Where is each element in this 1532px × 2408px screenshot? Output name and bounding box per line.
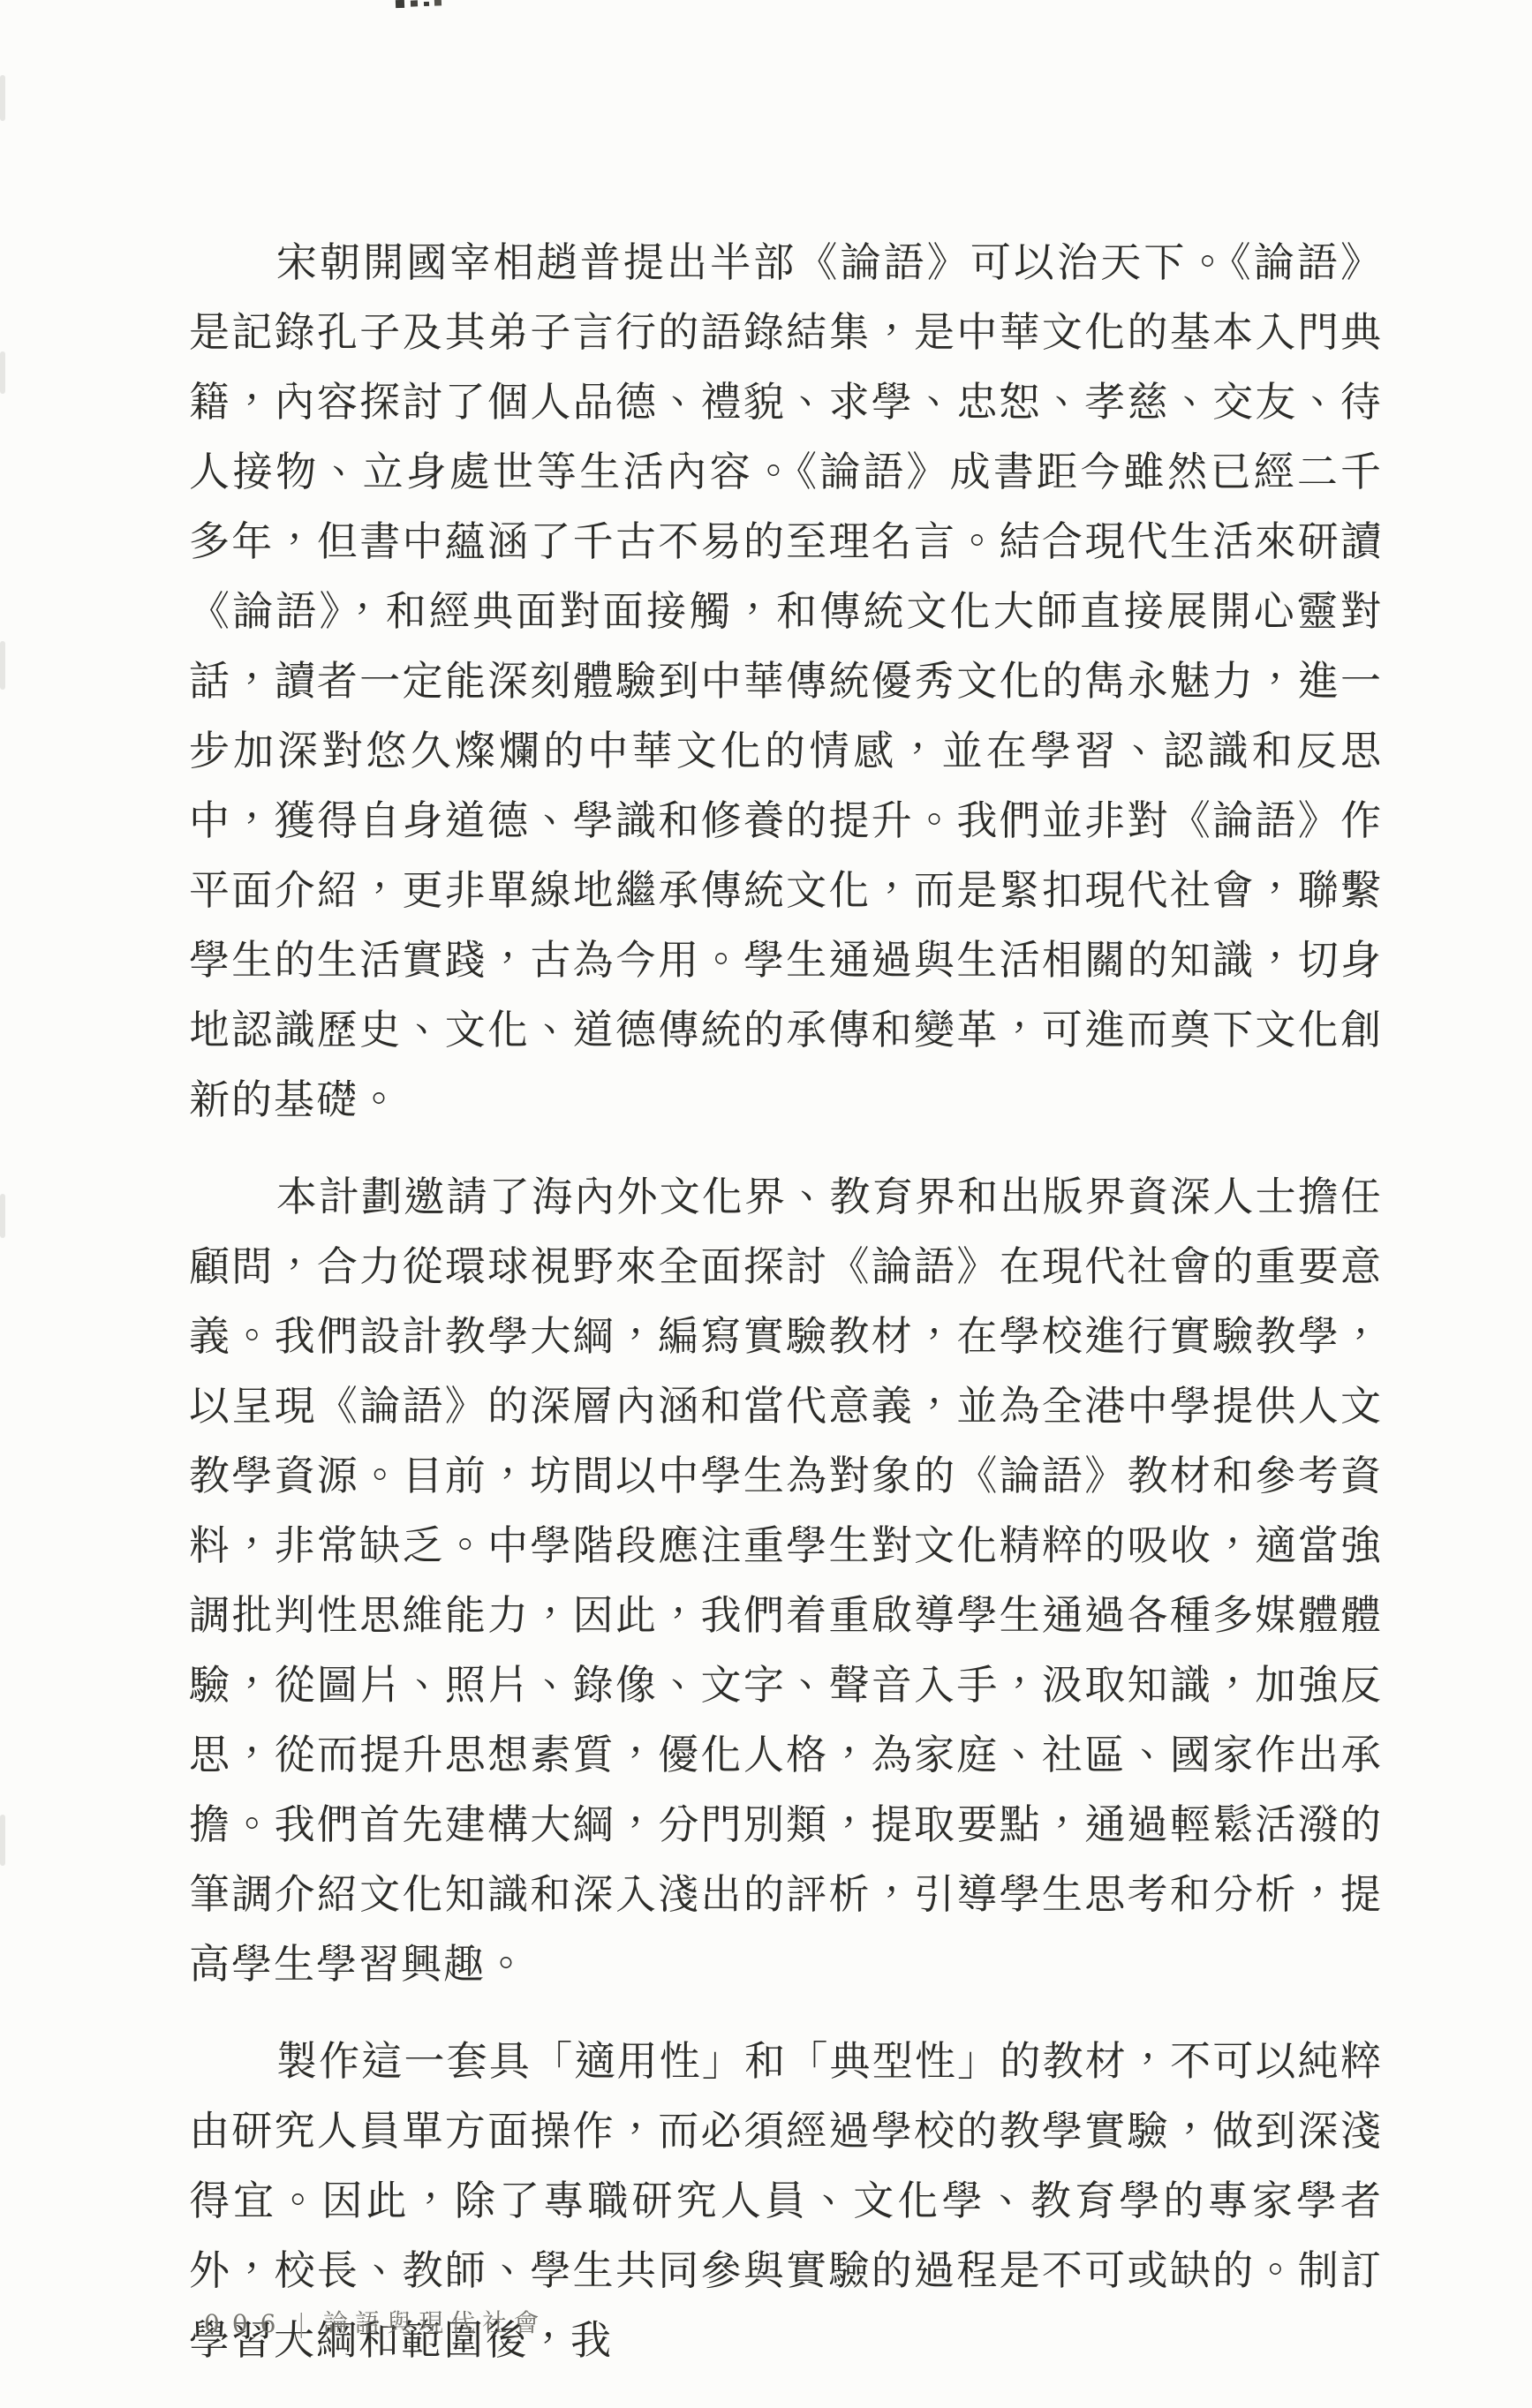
page-body-text: 宋朝開國宰相趙普提出半部《論語》可以治天下。《論語》是記錄孔子及其弟子言行的語錄… bbox=[189, 228, 1383, 2375]
scan-artifact-left-edge bbox=[0, 641, 5, 690]
paragraph-1: 宋朝開國宰相趙普提出半部《論語》可以治天下。《論語》是記錄孔子及其弟子言行的語錄… bbox=[189, 228, 1383, 1135]
page-number: 006 bbox=[204, 2306, 288, 2342]
scan-artifact-left-edge bbox=[0, 1815, 5, 1866]
footer-separator: | bbox=[298, 2304, 304, 2344]
scan-artifact-left-edge bbox=[0, 1194, 5, 1238]
scan-artifact-left-edge bbox=[0, 351, 5, 394]
book-page: 宋朝開國宰相趙普提出半部《論語》可以治天下。《論語》是記錄孔子及其弟子言行的語錄… bbox=[0, 0, 1532, 2408]
scan-artifact-top bbox=[396, 0, 404, 8]
book-title: 論語與現代社會 bbox=[323, 2306, 546, 2342]
paragraph-2: 本計劃邀請了海內外文化界、教育界和出版界資深人士擔任顧問，合力從環球視野來全面探… bbox=[189, 1162, 1383, 1999]
page-footer: 006 | 論語與現代社會 bbox=[204, 2306, 546, 2342]
scan-artifact-left-edge bbox=[0, 75, 5, 121]
